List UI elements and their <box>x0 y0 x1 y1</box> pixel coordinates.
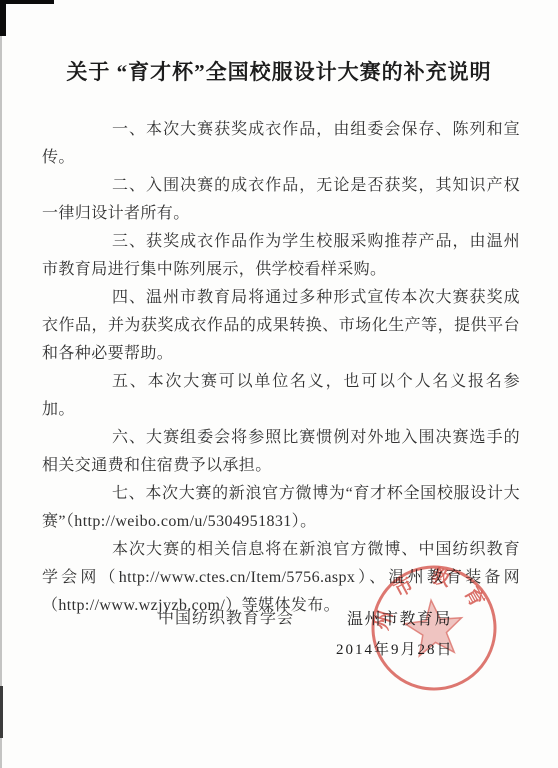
signature-date: 2014年9月28日 <box>336 638 454 659</box>
signature-right-org: 温州市教育局 <box>347 606 452 629</box>
paragraph-item-5: 五、本次大赛可以单位名义，也可以个人名义报名参加。 <box>42 368 520 424</box>
paragraph-item-1: 一、本次大赛获奖成衣作品，由组委会保存、陈列和宣传。 <box>42 116 520 172</box>
document-title: 关于 “育才杯”全国校服设计大赛的补充说明 <box>0 56 558 86</box>
scan-artifact-corner-mark <box>0 0 6 36</box>
scanned-document-page: · 关于 “育才杯”全国校服设计大赛的补充说明 一、本次大赛获奖成衣作品，由组委… <box>0 0 558 768</box>
scan-artifact-left-edge-dark <box>0 686 3 738</box>
paragraph-item-3: 三、获奖成衣作品作为学生校服采购推荐产品，由温州市教育局进行集中陈列展示，供学校… <box>42 228 520 284</box>
document-body: 一、本次大赛获奖成衣作品，由组委会保存、陈列和宣传。 二、入围决赛的成衣作品，无… <box>42 116 520 620</box>
paragraph-item-6: 六、大赛组委会将参照比赛惯例对外地入围决赛选手的相关交通费和住宿费予以承担。 <box>42 424 520 480</box>
scan-artifact-left-edge <box>0 0 2 768</box>
scan-artifact-corner-mark <box>0 0 54 4</box>
signature-left-org: 中国纺织教育学会 <box>158 605 294 628</box>
paragraph-item-4: 四、温州市教育局将通过多种形式宣传本次大赛获奖成衣作品，并为获奖成衣作品的成果转… <box>42 284 520 368</box>
paragraph-item-7: 七、本次大赛的新浪官方微博为“育才杯全国校服设计大赛”（http://weibo… <box>42 480 520 536</box>
paragraph-item-2: 二、入围决赛的成衣作品，无论是否获奖，其知识产权一律归设计者所有。 <box>42 172 520 228</box>
